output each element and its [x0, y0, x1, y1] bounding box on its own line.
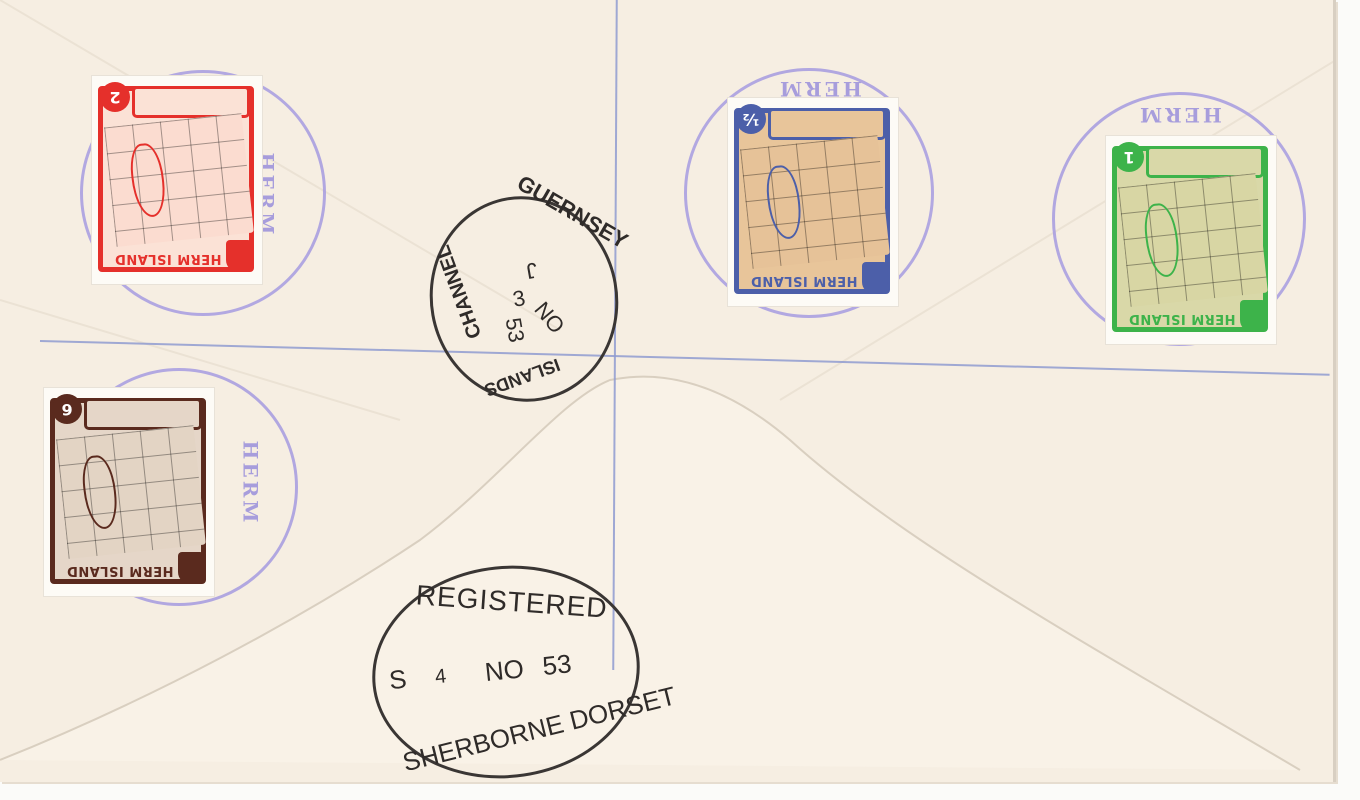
cancel-text: HERM [239, 441, 263, 526]
shield-icon [226, 240, 252, 272]
shield-icon [178, 552, 204, 584]
postmark-region: CHANNEL [432, 242, 487, 342]
shield-icon [1240, 300, 1266, 332]
stamp-value: 1 [1114, 142, 1144, 172]
postmark-region: ISLANDS [481, 354, 562, 401]
stamp-issuer: HERM ISLAND [1118, 308, 1246, 328]
postmark-day: 4 [434, 665, 447, 689]
stamp-red: 2 HERM ISLAND [92, 76, 262, 284]
stamp-issuer: HERM ISLAND [104, 248, 232, 268]
postmark-day: 3 [511, 285, 528, 313]
postmark-registered-label: REGISTERED [415, 579, 609, 624]
envelope-edge [1333, 0, 1336, 782]
stamp-brown: 6 HERM ISLAND [44, 388, 214, 596]
stamp-issuer: HERM ISLAND [56, 560, 184, 580]
postmark-code: J [524, 256, 539, 284]
postmark-year: 53 [500, 316, 530, 345]
stamp-value: ½ [736, 104, 766, 134]
stamp-value: 6 [52, 394, 82, 424]
stamp-issuer: HERM ISLAND [740, 270, 868, 290]
postmark-prefix: S [388, 664, 408, 697]
stamp-value: 2 [100, 82, 130, 112]
postmark-month: NO [529, 297, 570, 339]
shield-icon [862, 262, 888, 294]
stamp-blue: ½ HERM ISLAND [728, 98, 898, 306]
stamp-green: 1 HERM ISLAND [1106, 136, 1276, 344]
cancel-text: HERM [1137, 103, 1222, 127]
postmark-year: 53 [541, 648, 573, 682]
postmark-month: NO [483, 653, 525, 688]
envelope-back: HERM HERM HERM HERM 2 HERM ISLAND ½ HERM… [0, 0, 1336, 782]
